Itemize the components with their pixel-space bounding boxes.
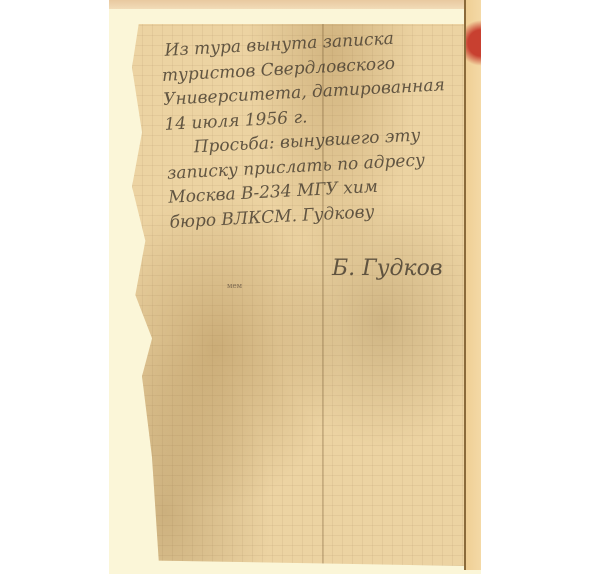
red-stamp bbox=[466, 14, 481, 72]
top-page-edge bbox=[109, 0, 481, 9]
note-paper: Из тура вынута записка туристов Свердлов… bbox=[132, 24, 466, 566]
handwritten-text: Из тура вынута записка туристов Свердлов… bbox=[160, 22, 490, 234]
document-photo: Из тура вынута записка туристов Свердлов… bbox=[109, 0, 481, 574]
adjacent-page-edge bbox=[464, 0, 481, 570]
signature: Б. Гудков bbox=[332, 256, 443, 281]
marginal-note: мем bbox=[227, 282, 242, 290]
